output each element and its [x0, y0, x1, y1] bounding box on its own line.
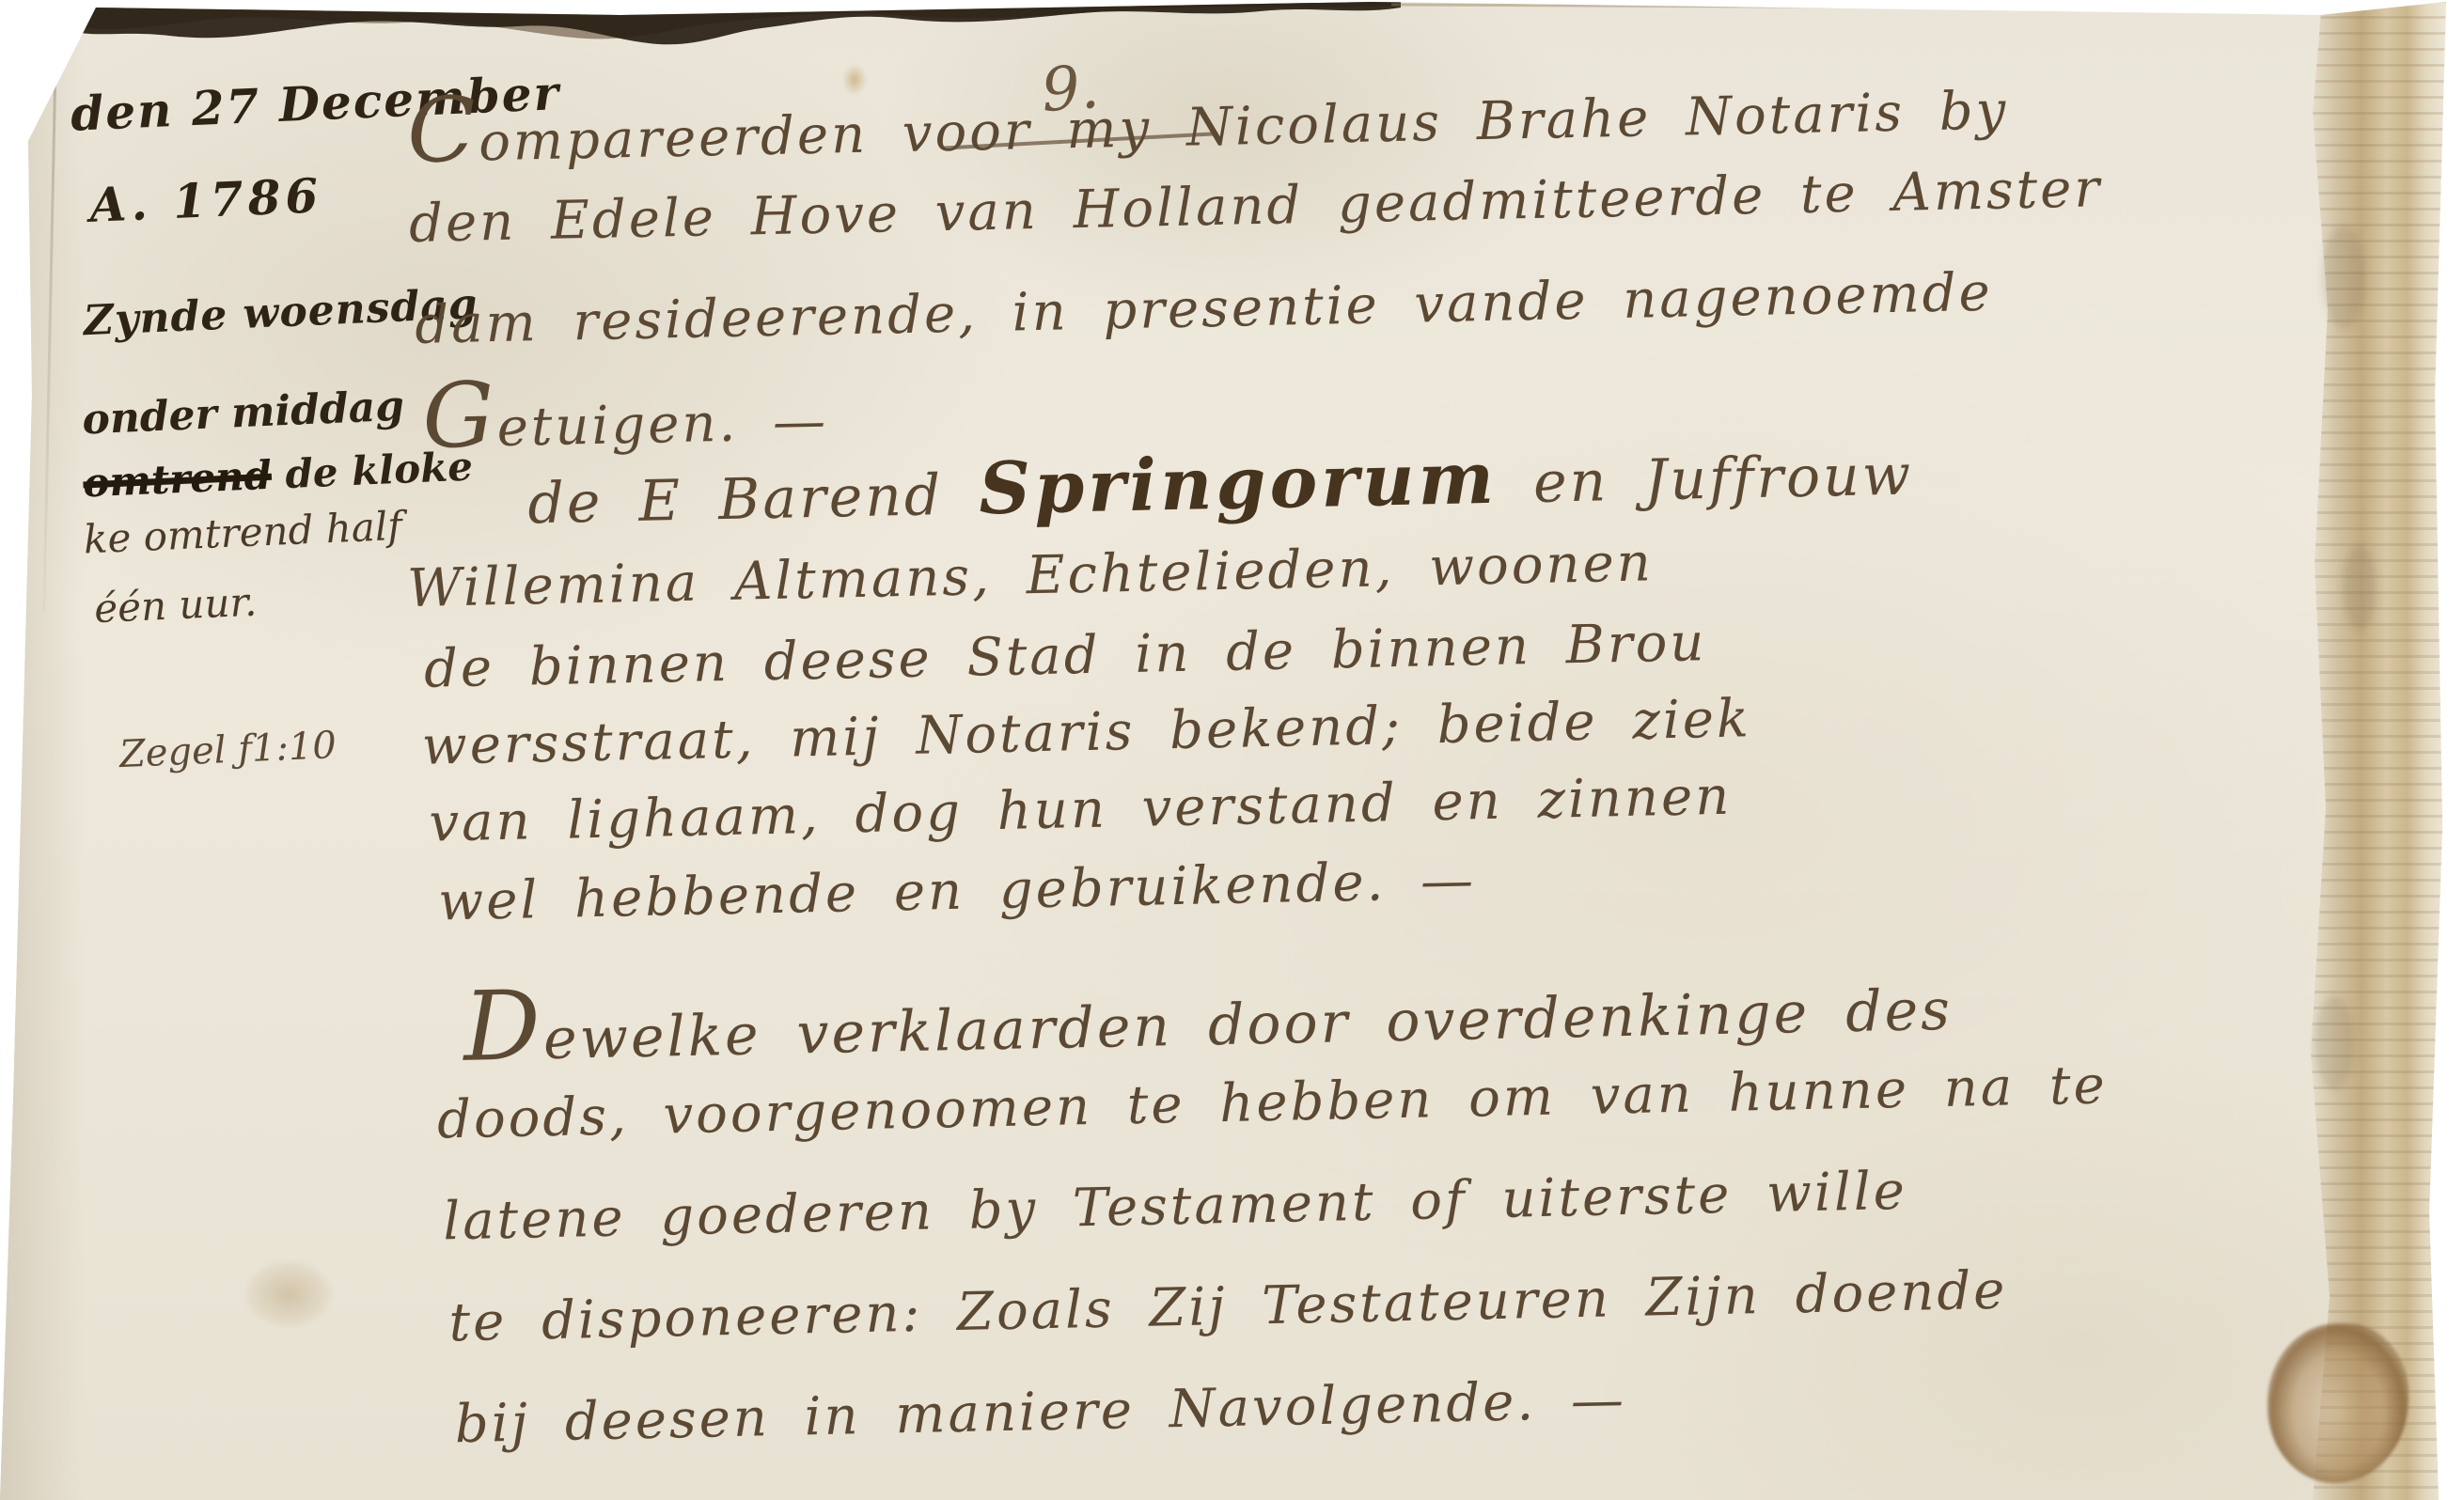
- body-line: te disponeeren: Zoals Zij Testateuren Zi…: [448, 1260, 2008, 1354]
- body-line: wel hebbende en gebruikende. —: [438, 850, 1477, 932]
- body-line: Getuigen. —: [422, 373, 829, 461]
- body-line: Compareerden voor my Nicolaus Brahe Nota…: [406, 62, 2009, 175]
- body-line: de binnen deese Stad in de binnen Brou: [423, 612, 1707, 700]
- margin-note-year: A. 1786: [88, 167, 323, 233]
- torn-paper-edge: [66, 0, 1401, 60]
- ink-stain: [246, 1261, 331, 1327]
- body-line: wersstraat, mij Notaris bekend; beide zi…: [421, 688, 1751, 777]
- body-line: bij deesen in maniere Navolgende. —: [454, 1369, 1626, 1455]
- margin-note-afternoon: onder middag: [81, 383, 405, 445]
- body-line: Willemina Altmans, Echtelieden, woonen: [407, 532, 1655, 619]
- witness-name: Springorum: [978, 436, 1498, 531]
- margin-note-hour: één uur.: [93, 579, 258, 633]
- margin-notes: den 27 December A. 1786 Zynde woensdag o…: [64, 70, 440, 86]
- body-line: dam resideerende, in presentie vande nag…: [415, 262, 1994, 356]
- margin-note-seal-tax: Zegel ƒ1:10: [118, 724, 337, 776]
- ink-bleed-mark: [2315, 996, 2354, 1090]
- body-line-text: de E Barend: [527, 461, 980, 537]
- ink-bleed-mark: [2322, 226, 2365, 329]
- body-line: latene goederen by Testament of uiterste…: [443, 1161, 1908, 1253]
- body-line: den Edele Hove van Holland geadmitteerde…: [408, 158, 2102, 255]
- body-line: van lighaam, dog hun verstand en zinnen: [429, 766, 1733, 854]
- book-fore-edge-pages: [2305, 0, 2446, 1500]
- paper-fold-line: [42, 9, 57, 611]
- margin-note-clock: omtrend de kloke: [82, 443, 474, 506]
- struck-out-word: omtrend: [82, 452, 273, 507]
- margin-note-half: ke omtrend half: [83, 503, 403, 563]
- paper-top-edge-line: [1391, 3, 2331, 10]
- body-line-text: en Juffrouw: [1497, 443, 1914, 517]
- manuscript-page: 9. den 27 December A. 1786 Zynde woensda…: [0, 0, 2446, 1500]
- ink-bleed-mark: [2343, 545, 2377, 630]
- body-line: Dewelke verklaarden door overdenkinge de…: [463, 959, 1953, 1074]
